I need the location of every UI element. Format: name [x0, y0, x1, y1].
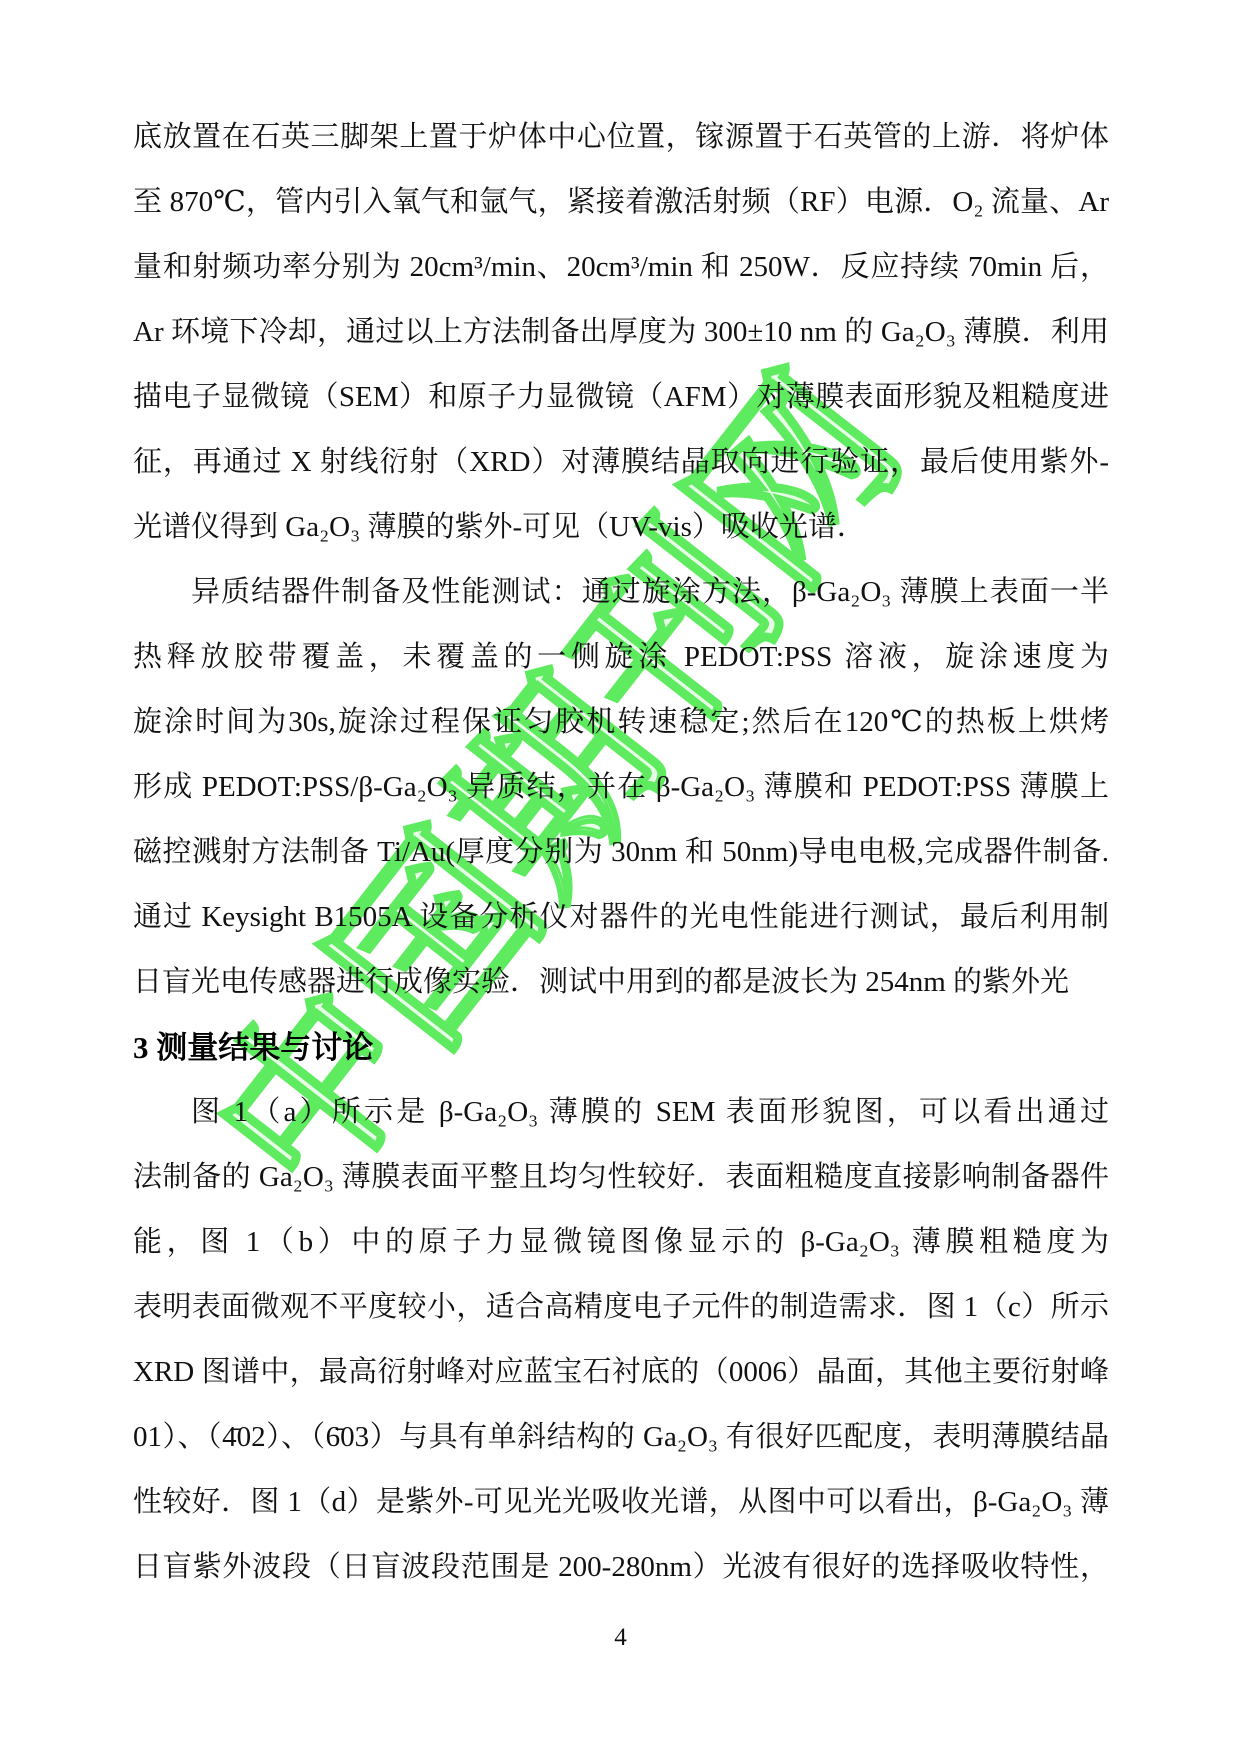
text-line: Ar 环境下冷却，通过以上方法制备出厚度为 300±10 nm 的 Ga₂O₃ …	[133, 300, 1109, 365]
text-line: 磁控溅射方法制备 Ti/Au(厚度分别为 30nm 和 50nm)导电电极,完成…	[133, 820, 1109, 885]
text-line: 01）、（4̄02）、（6̄03）与具有单斜结构的 Ga₂O₃ 有很好匹配度，表…	[133, 1405, 1109, 1470]
text-line: 能，图 1（b）中的原子力显微镜图像显示的 β-Ga₂O₃ 薄膜粗糙度为 RMS…	[133, 1210, 1109, 1275]
text-line: 形成 PEDOT:PSS/β-Ga₂O₃ 异质结，并在 β-Ga₂O₃ 薄膜和 …	[133, 755, 1109, 820]
section-heading: 3 测量结果与讨论	[133, 1015, 1109, 1080]
text-line: 底放置在石英三脚架上置于炉体中心位置，镓源置于石英管的上游．将炉体加热	[133, 105, 1109, 170]
text-line: 征，再通过 X 射线衍射（XRD）对薄膜结晶取向进行验证，最后使用紫外-可见	[133, 430, 1109, 495]
text-line: 热释放胶带覆盖，未覆盖的一侧旋涂 PEDOT:PSS 溶液，旋涂速度为 4000…	[133, 625, 1109, 690]
document-page: 中国期刊网 底放置在石英三脚架上置于炉体中心位置，镓源置于石英管的上游．将炉体加…	[0, 0, 1241, 1754]
text-line: 通过 Keysight B1505A 设备分析仪对器件的光电性能进行测试，最后利…	[133, 885, 1109, 950]
text-line: 描电子显微镜（SEM）和原子力显微镜（AFM）对薄膜表面形貌及粗糙度进行表	[133, 365, 1109, 430]
text-line: 旋涂时间为30s,旋涂过程保证匀胶机转速稳定;然后在120℃的热板上烘烤10mi…	[133, 690, 1109, 755]
text-line: 量和射频功率分别为 20cm³/min、20cm³/min 和 250W．反应持…	[133, 235, 1109, 300]
text-line: 表明表面微观不平度较小，适合高精度电子元件的制造需求．图 1（c）所示的	[133, 1275, 1109, 1340]
text-line: 图 1（a）所示是 β-Ga₂O₃ 薄膜的 SEM 表面形貌图，可以看出通过 P…	[133, 1080, 1109, 1145]
text-line: XRD 图谱中，最高衍射峰对应蓝宝石衬底的（0006）晶面，其他主要衍射峰（2̄	[133, 1340, 1109, 1405]
page-number: 4	[0, 1622, 1241, 1654]
text-line: 日盲光电传感器进行成像实验．测试中用到的都是波长为 254nm 的紫外光源．	[133, 950, 1109, 1015]
text-line: 性较好．图 1（d）是紫外-可见光光吸收光谱，从图中可以看出，β-Ga₂O₃ 薄…	[133, 1470, 1109, 1535]
page-body: 底放置在石英三脚架上置于炉体中心位置，镓源置于石英管的上游．将炉体加热 至 87…	[133, 105, 1109, 1600]
text-line: 光谱仪得到 Ga₂O₃ 薄膜的紫外-可见（UV-vis）吸收光谱．	[133, 495, 1109, 560]
text-line: 法制备的 Ga₂O₃ 薄膜表面平整且均匀性较好．表面粗糙度直接影响制备器件的性	[133, 1145, 1109, 1210]
text-line: 异质结器件制备及性能测试：通过旋涂方法，β-Ga₂O₃ 薄膜上表面一半使用	[133, 560, 1109, 625]
text-line: 至 870℃，管内引入氧气和氩气，紧接着激活射频（RF）电源．O₂ 流量、Ar …	[133, 170, 1109, 235]
text-line: 日盲紫外波段（日盲波段范围是 200-280nm）光波有很好的选择吸收特性，是天	[133, 1535, 1109, 1600]
